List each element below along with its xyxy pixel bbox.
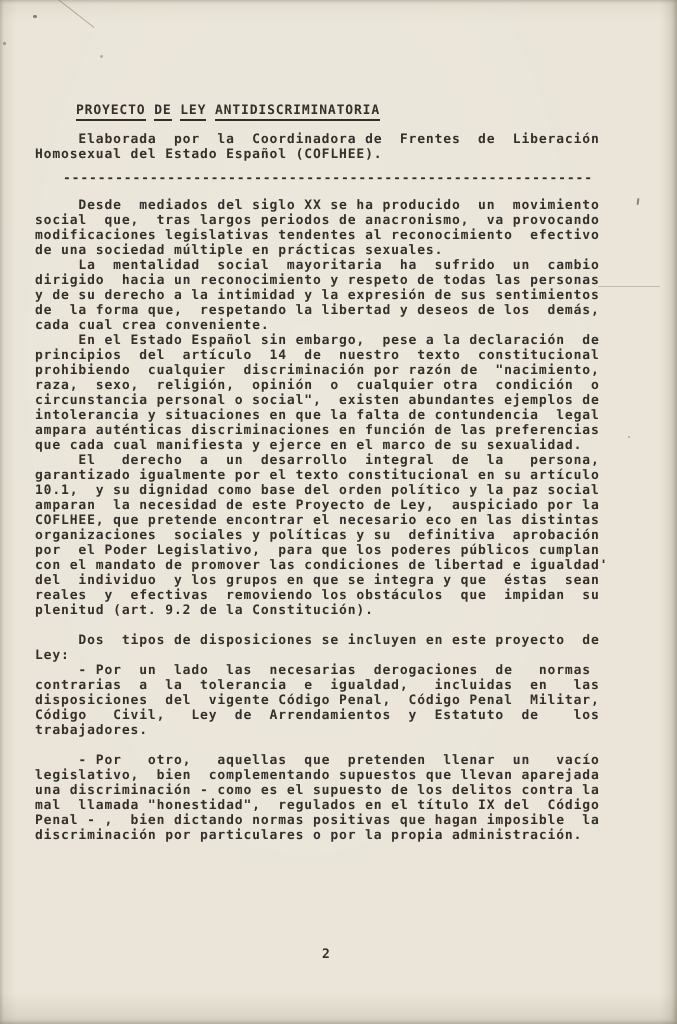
separator-dashes: ----------------------------------------… xyxy=(63,171,593,186)
paper-speck xyxy=(100,55,103,58)
scanned-document-page: PROYECTO DE LEY ANTIDISCRIMINATORIA Elab… xyxy=(0,0,677,1024)
paper-crease xyxy=(51,0,94,28)
paper-crease xyxy=(598,286,660,287)
document-body: Desde mediados del siglo XX se ha produc… xyxy=(35,198,608,843)
paper-speck xyxy=(3,42,6,45)
page-number: 2 xyxy=(322,947,331,962)
pen-tick-mark xyxy=(637,198,640,205)
paper-speck xyxy=(628,436,630,438)
paper-speck xyxy=(33,15,37,18)
document-subtitle: Elaborada por la Coordinadora de Frentes… xyxy=(35,132,600,162)
document-title: PROYECTO DE LEY ANTIDISCRIMINATORIA xyxy=(76,103,380,118)
